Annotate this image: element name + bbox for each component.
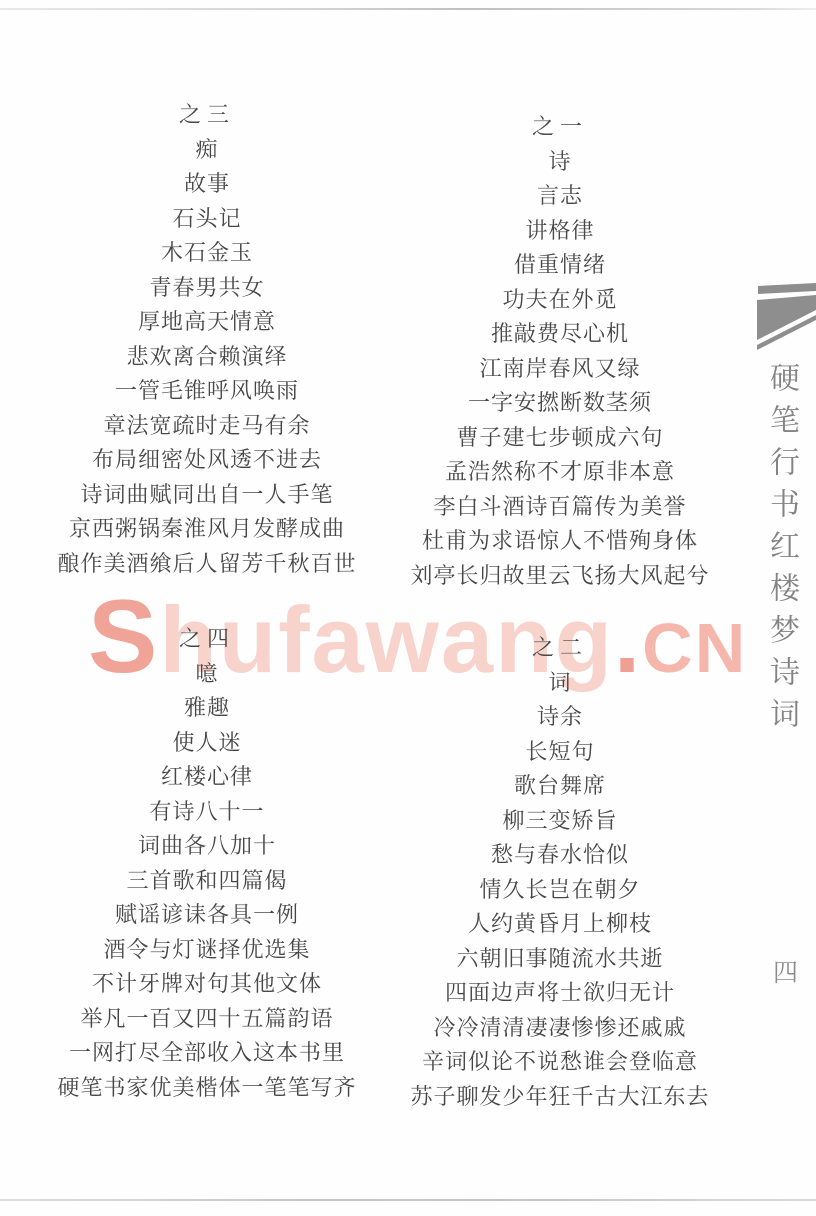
poem-line: 雅趣: [17, 692, 397, 727]
poem-line: 布局细密处风透不进去: [17, 444, 397, 479]
poem-number-label: 之四: [17, 623, 397, 658]
poem-line: 六朝旧事随流水共逝: [370, 943, 750, 978]
poem-number-label: 之二: [370, 632, 750, 667]
poem-line: 一字安撚断数茎须: [370, 387, 750, 422]
page-bottom-edge-line: [0, 1199, 816, 1201]
poem-line: 一管毛锥呼风唤雨: [17, 375, 397, 410]
poem-line: 青春男共女: [17, 272, 397, 307]
poem-line: 孟浩然称不才原非本意: [370, 456, 750, 491]
poem-line: 人约黄昏月上柳枝: [370, 908, 750, 943]
poem-line: 冷冷清清凄凄惨惨还戚戚: [370, 1012, 750, 1047]
poem-line: 使人迷: [17, 727, 397, 762]
poem-line: 辛词似论不说愁谁会登临意: [370, 1046, 750, 1081]
poem-line: 言志: [370, 180, 750, 215]
poem-line: 赋谣谚诔各具一例: [17, 899, 397, 934]
poem-line: 酒令与灯谜择优选集: [17, 934, 397, 969]
poem-line: 噫: [17, 658, 397, 693]
poem-line: 歌台舞席: [370, 770, 750, 805]
poem-number-label: 之三: [17, 99, 397, 134]
poem-block-four: 之四噫雅趣使人迷红楼心律有诗八十一词曲各八加十三首歌和四篇偈赋谣谚诔各具一例酒令…: [17, 623, 397, 1106]
poem-line: 柳三变矫旨: [370, 805, 750, 840]
poem-line: 不计牙牌对句其他文体: [17, 968, 397, 1003]
poem-line: 一网打尽全部收入这本书里: [17, 1037, 397, 1072]
poem-line: 杜甫为求语惊人不惜殉身体: [370, 525, 750, 560]
poem-line: 石头记: [17, 203, 397, 238]
poem-line: 词: [370, 667, 750, 702]
poem-line: 借重情绪: [370, 249, 750, 284]
poem-line: 功夫在外觅: [370, 284, 750, 319]
poem-line: 京西粥锅秦淮风月发酵成曲: [17, 513, 397, 548]
poem-line: 木石金玉: [17, 237, 397, 272]
poem-line: 章法宽疏时走马有余: [17, 410, 397, 445]
poem-line: 硬笔书家优美楷体一笔笔写齐: [17, 1072, 397, 1107]
page-top-edge-line: [0, 8, 816, 10]
book-emblem-icon: [757, 282, 816, 352]
poem-block-three: 之三痴故事石头记木石金玉青春男共女厚地高天情意悲欢离合赖演绎一管毛锥呼风唤雨章法…: [17, 99, 397, 582]
poem-line: 悲欢离合赖演绎: [17, 341, 397, 376]
poem-line: 刘亭长归故里云飞扬大风起兮: [370, 560, 750, 595]
poem-line: 情久长岂在朝夕: [370, 874, 750, 909]
poem-line: 词曲各八加十: [17, 830, 397, 865]
poem-line: 诗词曲赋同出自一人手笔: [17, 479, 397, 514]
poem-line: 酿作美酒飨后人留芳千秋百世: [17, 548, 397, 583]
poem-line: 红楼心律: [17, 761, 397, 796]
book-page: Shufawang.CN 之三痴故事石头记木石金玉青春男共女厚地高天情意悲欢离合…: [0, 0, 816, 1216]
poem-line: 江南岸春风又绿: [370, 353, 750, 388]
poem-line: 举凡一百又四十五篇韵语: [17, 1003, 397, 1038]
page-number: 四: [773, 953, 798, 989]
poem-line: 长短句: [370, 736, 750, 771]
poem-line: 讲格律: [370, 215, 750, 250]
poem-line: 故事: [17, 168, 397, 203]
poem-line: 厚地高天情意: [17, 306, 397, 341]
poem-line: 推敲费尽心机: [370, 318, 750, 353]
poem-block-two: 之二词诗余长短句歌台舞席柳三变矫旨愁与春水恰似情久长岂在朝夕人约黄昏月上柳枝六朝…: [370, 632, 750, 1115]
poem-line: 三首歌和四篇偈: [17, 865, 397, 900]
poem-line: 痴: [17, 134, 397, 169]
poem-line: 有诗八十一: [17, 796, 397, 831]
poem-line: 愁与春水恰似: [370, 839, 750, 874]
poem-line: 四面边声将士欲归无计: [370, 977, 750, 1012]
poem-line: 李白斗酒诗百篇传为美誉: [370, 491, 750, 526]
poem-line: 诗: [370, 146, 750, 181]
margin-book-title: 硬笔行书红楼梦诗词: [764, 362, 798, 740]
poem-block-one: 之一诗言志讲格律借重情绪功夫在外觅推敲费尽心机江南岸春风又绿一字安撚断数茎须曹子…: [370, 111, 750, 594]
poem-number-label: 之一: [370, 111, 750, 146]
poem-line: 曹子建七步顿成六句: [370, 422, 750, 457]
poem-line: 苏子聊发少年狂千古大江东去: [370, 1081, 750, 1116]
poem-line: 诗余: [370, 701, 750, 736]
